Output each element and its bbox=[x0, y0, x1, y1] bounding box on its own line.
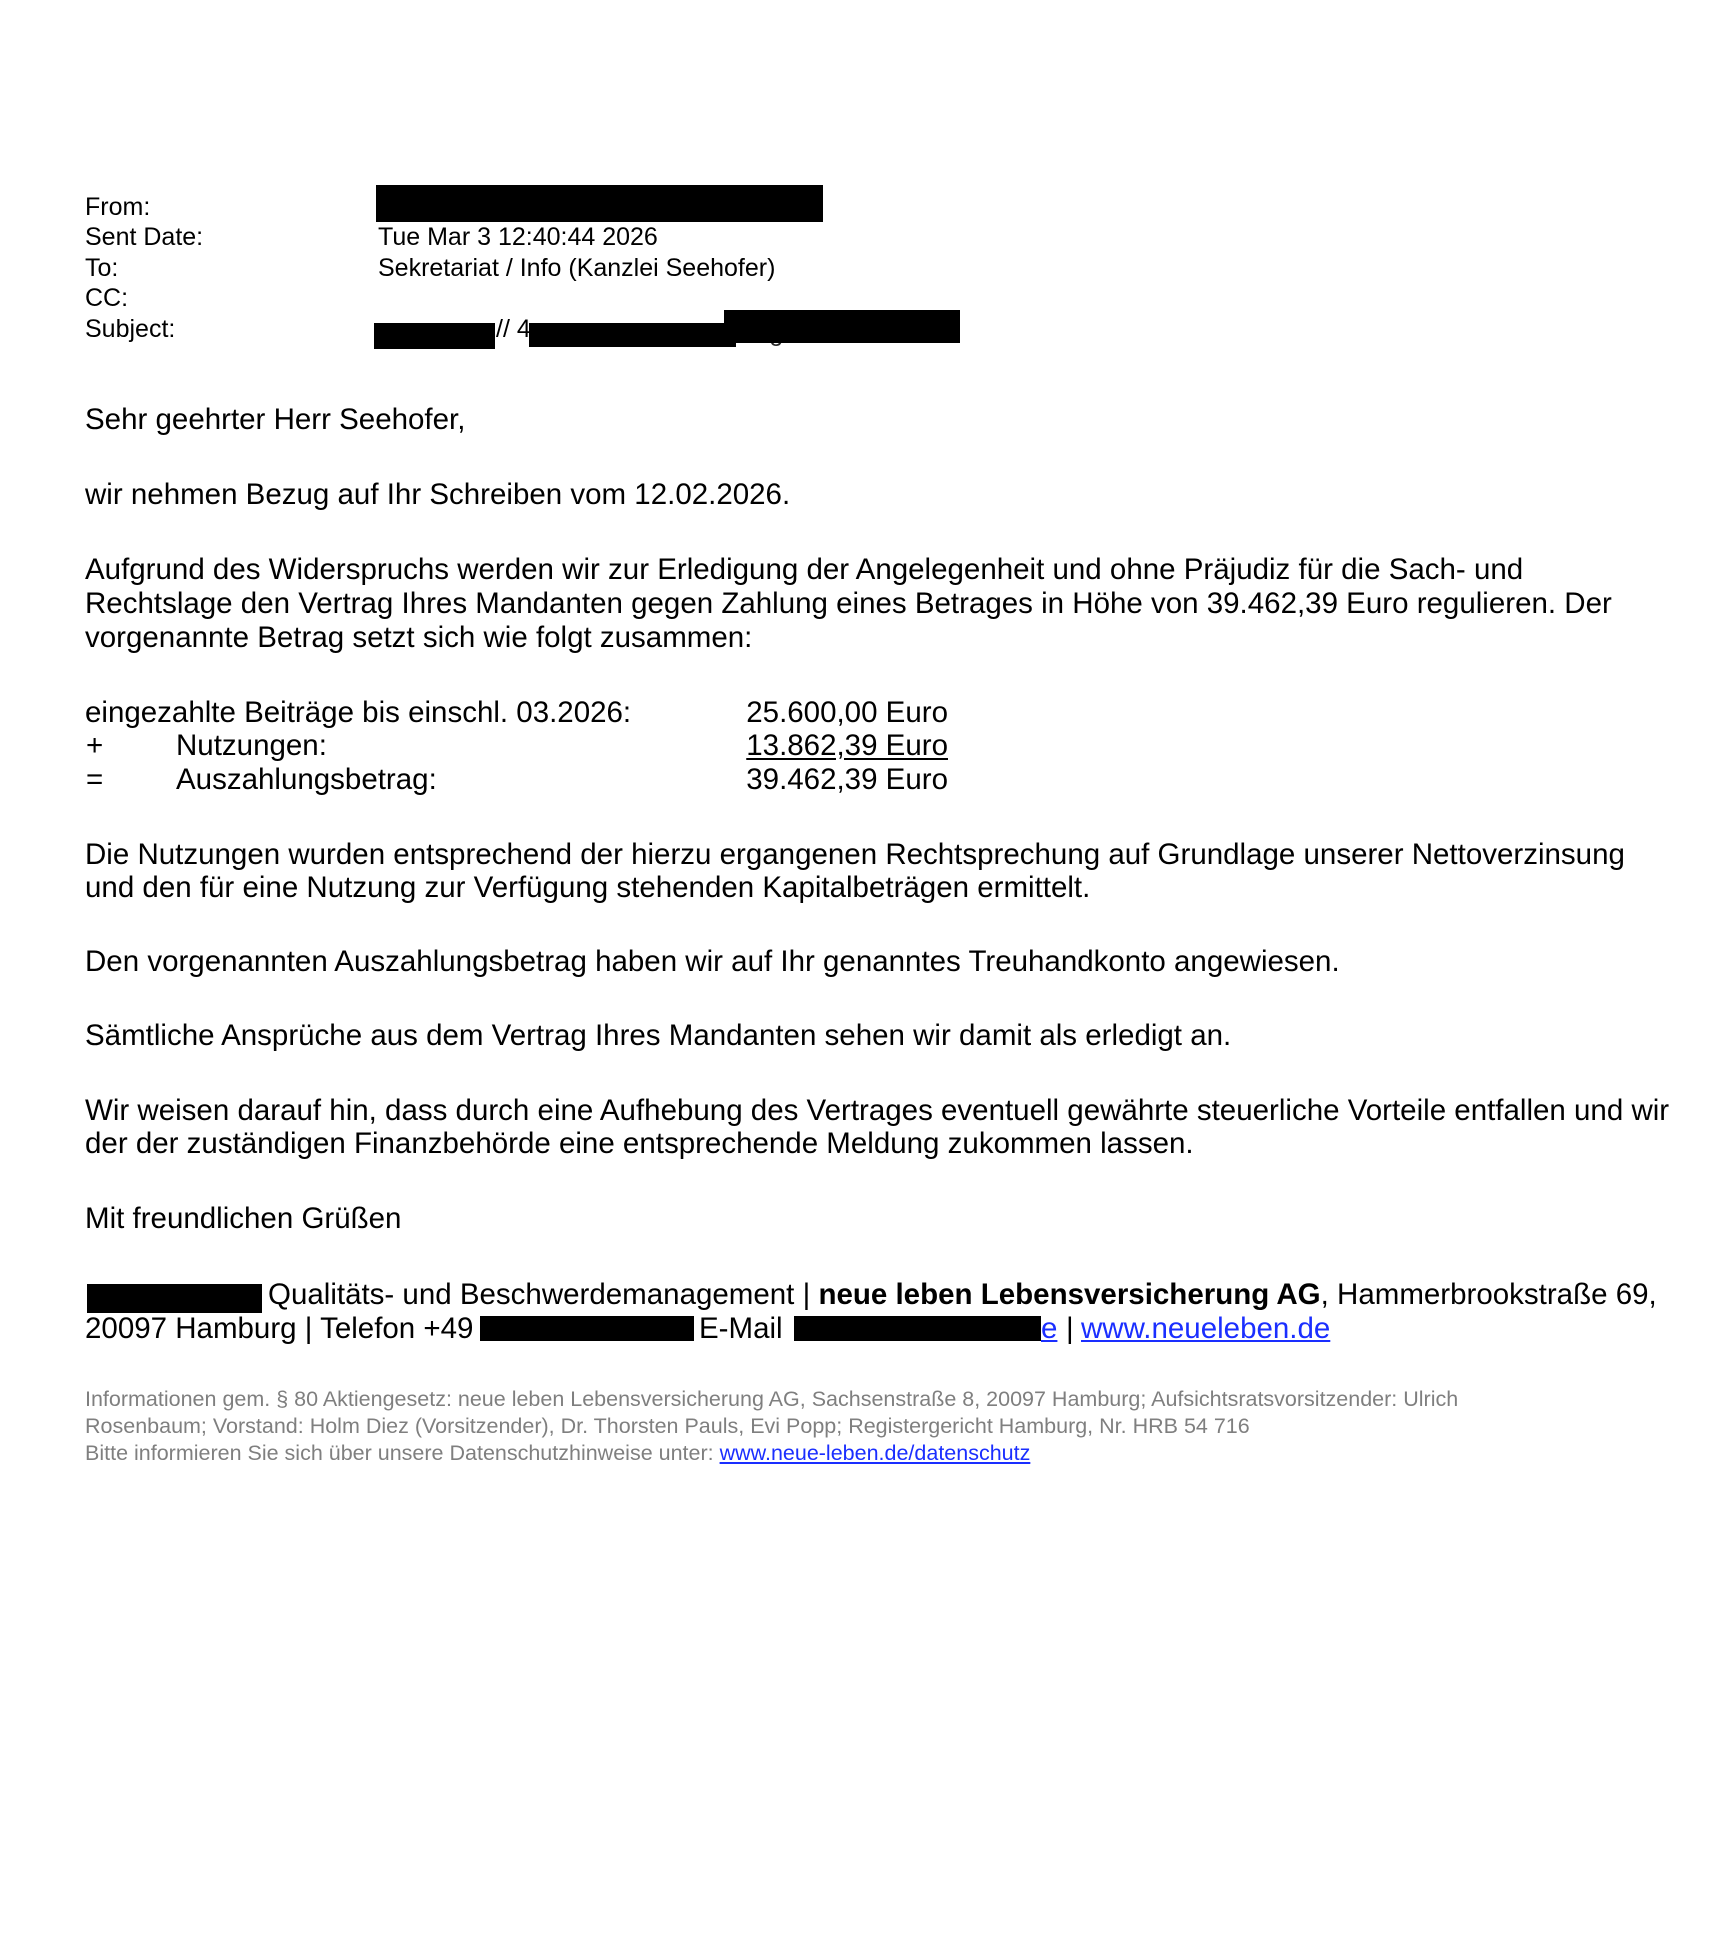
from-redaction bbox=[376, 185, 823, 222]
signature-email-label: E-Mail bbox=[699, 1312, 783, 1345]
sent-date-value: Tue Mar 3 12:40:44 2026 bbox=[378, 222, 658, 252]
paragraph-tax-line-1: Wir weisen darauf hin, dass durch eine A… bbox=[85, 1094, 1669, 1127]
greeting: Sehr geehrter Herr Seehofer, bbox=[85, 403, 465, 436]
signature-phone-redaction bbox=[480, 1316, 694, 1341]
calc-row-3-amount: 39.462,39 Euro bbox=[728, 763, 948, 796]
subject-fragment: // 4 bbox=[496, 314, 531, 344]
signature-phone-prefix: 20097 Hamburg | Telefon +49 bbox=[85, 1312, 473, 1345]
paragraph-nutzungen-line-2: und den für eine Nutzung zur Verfügung s… bbox=[85, 871, 1090, 904]
subject-redaction-2 bbox=[529, 323, 736, 347]
to-value: Sekretariat / Info (Kanzlei Seehofer) bbox=[378, 253, 775, 283]
calc-row-2-operator: + bbox=[86, 729, 103, 762]
legal-footer-line-3: Bitte informieren Sie sich über unsere D… bbox=[85, 1440, 1030, 1467]
cc-label: CC: bbox=[85, 283, 128, 313]
signature-name-redaction bbox=[87, 1284, 262, 1313]
subject-redaction-1 bbox=[374, 323, 495, 349]
paragraph-settlement-line-3: vorgenannte Betrag setzt sich wie folgt … bbox=[85, 621, 752, 654]
paragraph-claims-settled: Sämtliche Ansprüche aus dem Vertrag Ihre… bbox=[85, 1019, 1231, 1052]
signature-line-1: Qualitäts- und Beschwerdemanagement | ne… bbox=[268, 1278, 1657, 1311]
closing: Mit freundlichen Grüßen bbox=[85, 1202, 401, 1235]
from-label: From: bbox=[85, 192, 150, 222]
privacy-link[interactable]: www.neue-leben.de/datenschutz bbox=[720, 1441, 1031, 1465]
legal-footer-line-1: Informationen gem. § 80 Aktiengesetz: ne… bbox=[85, 1386, 1458, 1413]
calc-row-1-amount: 25.600,00 Euro bbox=[728, 696, 948, 729]
website-link[interactable]: www.neueleben.de bbox=[1081, 1312, 1330, 1345]
paragraph-settlement-line-2: Rechtslage den Vertrag Ihres Mandanten g… bbox=[85, 587, 1612, 620]
to-label: To: bbox=[85, 253, 118, 283]
paragraph-nutzungen-line-1: Die Nutzungen wurden entsprechend der hi… bbox=[85, 838, 1625, 871]
signature-separator: | bbox=[1066, 1312, 1074, 1345]
calc-row-3-operator: = bbox=[86, 763, 103, 796]
paragraph-tax-line-2: der der zuständigen Finanzbehörde eine e… bbox=[85, 1127, 1194, 1160]
signature-department: Qualitäts- und Beschwerdemanagement | bbox=[268, 1278, 818, 1311]
paragraph-settlement-line-1: Aufgrund des Widerspruchs werden wir zur… bbox=[85, 553, 1523, 586]
sent-date-label: Sent Date: bbox=[85, 222, 203, 252]
signature-address: , Hammerbrookstraße 69, bbox=[1321, 1278, 1657, 1311]
reference-line: wir nehmen Bezug auf Ihr Schreiben vom 1… bbox=[85, 478, 790, 511]
paragraph-payment: Den vorgenannten Auszahlungsbetrag haben… bbox=[85, 945, 1340, 978]
signature-email-link[interactable]: e bbox=[1041, 1312, 1057, 1345]
privacy-text: Bitte informieren Sie sich über unsere D… bbox=[85, 1441, 720, 1465]
legal-footer-line-2: Rosenbaum; Vorstand: Holm Diez (Vorsitze… bbox=[85, 1413, 1250, 1440]
calc-row-2-amount-text: 13.862,39 Euro bbox=[746, 729, 948, 762]
signature-email-redaction bbox=[794, 1316, 1041, 1341]
calc-row-2-label: Nutzungen: bbox=[176, 729, 327, 762]
subject-label: Subject: bbox=[85, 314, 175, 344]
signature-company: neue leben Lebensversicherung AG bbox=[818, 1278, 1320, 1311]
calc-row-3-label: Auszahlungsbetrag: bbox=[176, 763, 437, 796]
calc-row-1-label: eingezahlte Beiträge bis einschl. 03.202… bbox=[85, 696, 631, 729]
subject-redaction-3 bbox=[724, 310, 960, 343]
calc-row-2-amount: 13.862,39 Euro bbox=[728, 729, 948, 762]
